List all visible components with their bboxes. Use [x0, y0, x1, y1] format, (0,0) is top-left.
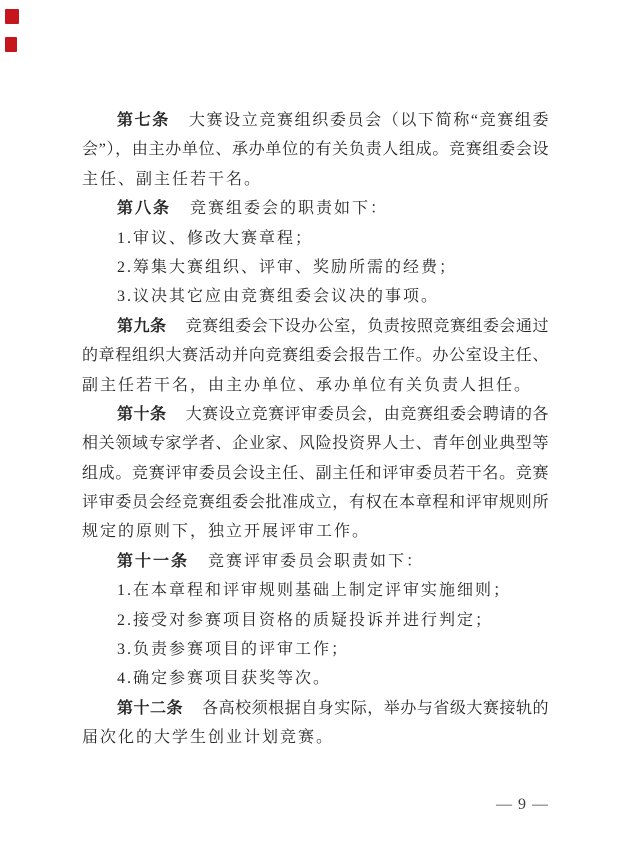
- text-line-18: 2.接受对参赛项目资格的质疑投诉并进行判定；: [82, 606, 549, 635]
- text-line-9: 的章程组织大赛活动并向竞赛组委会报告工作。办公室设主任、: [82, 341, 549, 370]
- text-line-10: 副主任若干名，由主办单位、承办单位有关负责人担任。: [82, 371, 549, 400]
- document-text: 第七条大赛设立竞赛组织委员会（以下简称“竞赛组委会”），由主办单位、承办单位的有…: [82, 106, 549, 753]
- line-text: 组成。竞赛评审委员会设主任、副主任和评审委员若干名。竞赛: [82, 465, 549, 482]
- article-number: 第十二条: [117, 700, 183, 717]
- text-line-21: 第十二条各高校须根据自身实际，举办与省级大赛接轨的: [82, 694, 549, 723]
- line-text: 竞赛组委会下设办公室，负责按照竞赛组委会通过: [186, 318, 549, 335]
- line-text: 竞赛组委会的职责如下：: [190, 200, 388, 217]
- text-line-19: 3.负责参赛项目的评审工作；: [82, 635, 549, 664]
- line-text: 竞赛评审委员会职责如下：: [208, 553, 424, 570]
- line-text: 大赛设立竞赛评审委员会，由竞赛组委会聘请的各: [186, 406, 549, 423]
- text-line-1: 第七条大赛设立竞赛组织委员会（以下简称“竞赛组委: [82, 106, 549, 135]
- article-number: 第十一条: [117, 553, 189, 570]
- line-text: 2.接受对参赛项目资格的质疑投诉并进行判定；: [117, 612, 493, 629]
- text-line-3: 主任、副主任若干名。: [82, 165, 549, 194]
- text-line-5: 1.审议、修改大赛章程；: [82, 224, 549, 253]
- text-line-6: 2.筹集大赛组织、评审、奖励所需的经费；: [82, 253, 549, 282]
- article-number: 第七条: [117, 112, 170, 129]
- line-text: 1.审议、修改大赛章程；: [117, 230, 313, 247]
- text-line-11: 第十条大赛设立竞赛评审委员会，由竞赛组委会聘请的各: [82, 400, 549, 429]
- line-text: 规定的原则下，独立开展评审工作。: [82, 523, 370, 540]
- line-text: 副主任若干名，由主办单位、承办单位有关负责人担任。: [82, 377, 532, 394]
- line-text: 的章程组织大赛活动并向竞赛组委会报告工作。办公室设主任、: [82, 347, 549, 364]
- line-text: 主任、副主任若干名。: [82, 171, 262, 188]
- line-text: 各高校须根据自身实际，举办与省级大赛接轨的: [202, 700, 549, 717]
- line-text: 相关领域专家学者、企业家、风险投资界人士、青年创业典型等: [82, 435, 549, 452]
- red-ink-mark-2: [5, 37, 17, 52]
- line-text: 1.在本章程和评审规则基础上制定评审实施细则；: [117, 582, 511, 599]
- text-line-14: 评审委员会经竞赛组委会批准成立，有权在本章程和评审规则所: [82, 488, 549, 517]
- text-line-22: 届次化的大学生创业计划竞赛。: [82, 723, 549, 752]
- page-number: — 9 —: [496, 795, 549, 815]
- text-line-15: 规定的原则下，独立开展评审工作。: [82, 517, 549, 546]
- document-page: 第七条大赛设立竞赛组织委员会（以下简称“竞赛组委会”），由主办单位、承办单位的有…: [0, 0, 622, 849]
- line-text: 3.议决其它应由竞赛组委会议决的事项。: [117, 288, 439, 305]
- text-line-20: 4.确定参赛项目获奖等次。: [82, 664, 549, 693]
- line-text: 会”），由主办单位、承办单位的有关负责人组成。竞赛组委会设: [82, 141, 549, 158]
- text-line-4: 第八条竞赛组委会的职责如下：: [82, 194, 549, 223]
- line-text: 4.确定参赛项目获奖等次。: [117, 670, 331, 687]
- line-text: 评审委员会经竞赛组委会批准成立，有权在本章程和评审规则所: [82, 494, 549, 511]
- red-ink-mark-1: [5, 9, 19, 24]
- text-line-8: 第九条竞赛组委会下设办公室，负责按照竞赛组委会通过: [82, 312, 549, 341]
- line-text: 届次化的大学生创业计划竞赛。: [82, 729, 334, 746]
- text-line-17: 1.在本章程和评审规则基础上制定评审实施细则；: [82, 576, 549, 605]
- line-text: 大赛设立竞赛组织委员会（以下简称“竞赛组委: [189, 112, 549, 129]
- article-number: 第十条: [117, 406, 167, 423]
- line-text: 2.筹集大赛组织、评审、奖励所需的经费；: [117, 259, 457, 276]
- text-line-13: 组成。竞赛评审委员会设主任、副主任和评审委员若干名。竞赛: [82, 459, 549, 488]
- text-line-12: 相关领域专家学者、企业家、风险投资界人士、青年创业典型等: [82, 429, 549, 458]
- article-number: 第八条: [117, 200, 171, 217]
- text-line-16: 第十一条竞赛评审委员会职责如下：: [82, 547, 549, 576]
- article-number: 第九条: [117, 318, 167, 335]
- text-line-7: 3.议决其它应由竞赛组委会议决的事项。: [82, 282, 549, 311]
- line-text: 3.负责参赛项目的评审工作；: [117, 641, 349, 658]
- text-line-2: 会”），由主办单位、承办单位的有关负责人组成。竞赛组委会设: [82, 135, 549, 164]
